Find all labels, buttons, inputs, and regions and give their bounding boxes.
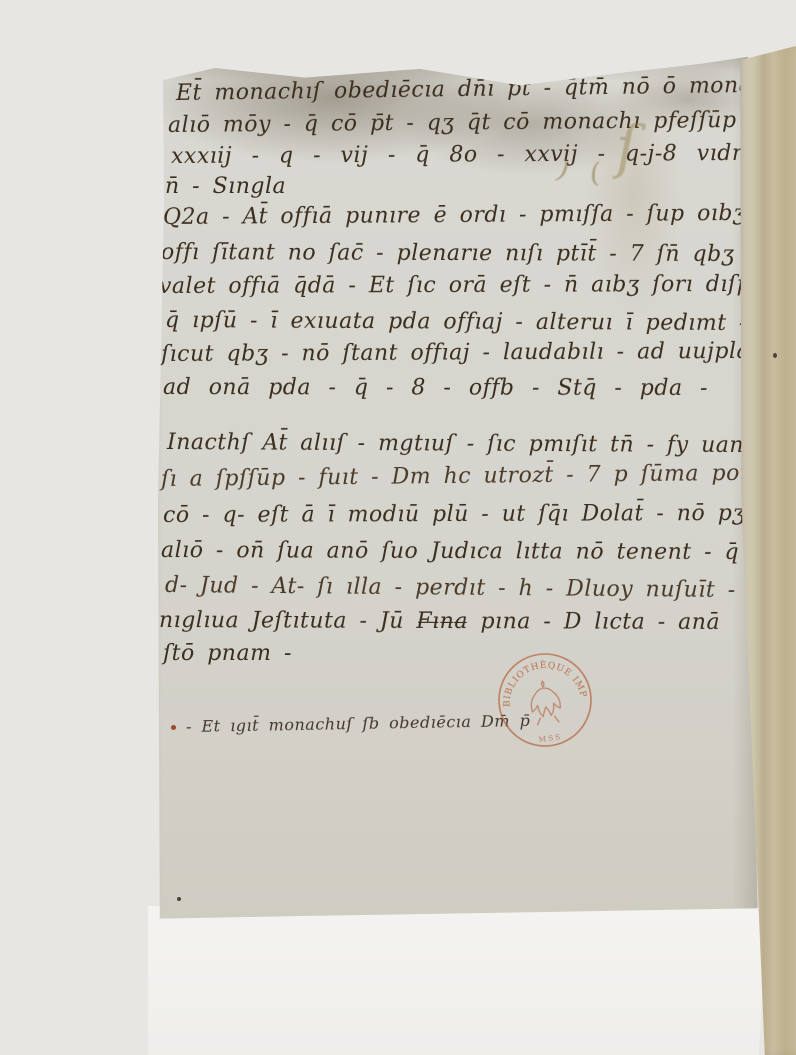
manuscript-line: nıglıua Jeſtıtuta - Jū F̶ı̶n̶a̶ pına - D… xyxy=(159,608,720,635)
manuscript-line: cō - q- eſt ā ī modıū plū - ut ſq̄ı Dola… xyxy=(163,501,745,528)
manuscript-line: valet offıā q̄dā - Et ſıc orā eſt - n̄ a… xyxy=(159,272,796,299)
manuscript-line: q̄ ıpſū - ī exıuata pda offıaj - alteruı… xyxy=(165,308,782,336)
manuscript-line: Q2a - At̄ offıā punıre ē ordı - pmıſſa -… xyxy=(163,200,796,230)
manuscript-line: n̄ - Sıngla xyxy=(165,174,286,199)
manuscript-photo: Et̄ monachıſ obedıēcıa dn̄ı p̄t - q̄tm̄ … xyxy=(0,0,796,1055)
manuscript-line: ſı a ſpſſūp - fuıt - Dm hc utrozt̄ - 7 p… xyxy=(161,461,766,492)
manuscript-line: offı ſītant no ſac̄ - plenarıe nıſı ptīt… xyxy=(161,240,796,267)
manuscript-line: ſtō pnam - xyxy=(163,641,292,666)
manuscript-line: xxxıij - q - vij - q̄ 8o - xxvij - q-j-8… xyxy=(171,140,796,169)
svg-text:BIBLIOTHÈQUE IMPÉRIALE: BIBLIOTHÈQUE IMPÉRIALE xyxy=(488,642,588,712)
manuscript-line: ad onā pda - q̄ - 8 - offb - Stq̄ - pda … xyxy=(163,375,708,401)
manuscript-line: alıō mōy - q̄ cō p̄t - qʒ q̄t cō monachı… xyxy=(168,107,796,138)
manuscript-line: Et̄ monachıſ obedıēcıa dn̄ı p̄t - q̄tm̄ … xyxy=(176,73,765,106)
library-stamp: BIBLIOTHÈQUE IMPÉRIALE MSS xyxy=(488,642,602,759)
ink-speck xyxy=(773,353,777,358)
manuscript-line: d- Jud - At- ſı ılla - perdıt - h - Dluo… xyxy=(165,573,763,603)
imperial-eagle-icon xyxy=(528,679,563,726)
parchment-leaf: Et̄ monachıſ obedıēcıa dn̄ı p̄t - q̄tm̄ … xyxy=(150,55,762,923)
manuscript-line: alıō - on̄ ſua anō ſuo Judıca lıtta nō t… xyxy=(161,538,739,565)
ink-speck xyxy=(177,897,181,901)
ink-stain-stroke: ſ xyxy=(616,113,637,181)
stamp-circular-text: BIBLIOTHÈQUE IMPÉRIALE xyxy=(488,642,588,712)
stamp-bottom-text: MSS xyxy=(538,732,563,744)
manuscript-line: Inacthſ At̄ alııſ - mgtıuſ - ſıc pmıſıt … xyxy=(167,430,796,458)
red-ink-dot xyxy=(171,725,176,730)
backing-sheet xyxy=(148,906,770,1055)
manuscript-line: ſıcut qbʒ - nō ſtant offıaj - laudabılı … xyxy=(161,339,796,367)
footer-note-line: - Et ıgıt̄ monachuſ ſb obedıēcıa Dm̄ p̄ xyxy=(186,711,531,736)
